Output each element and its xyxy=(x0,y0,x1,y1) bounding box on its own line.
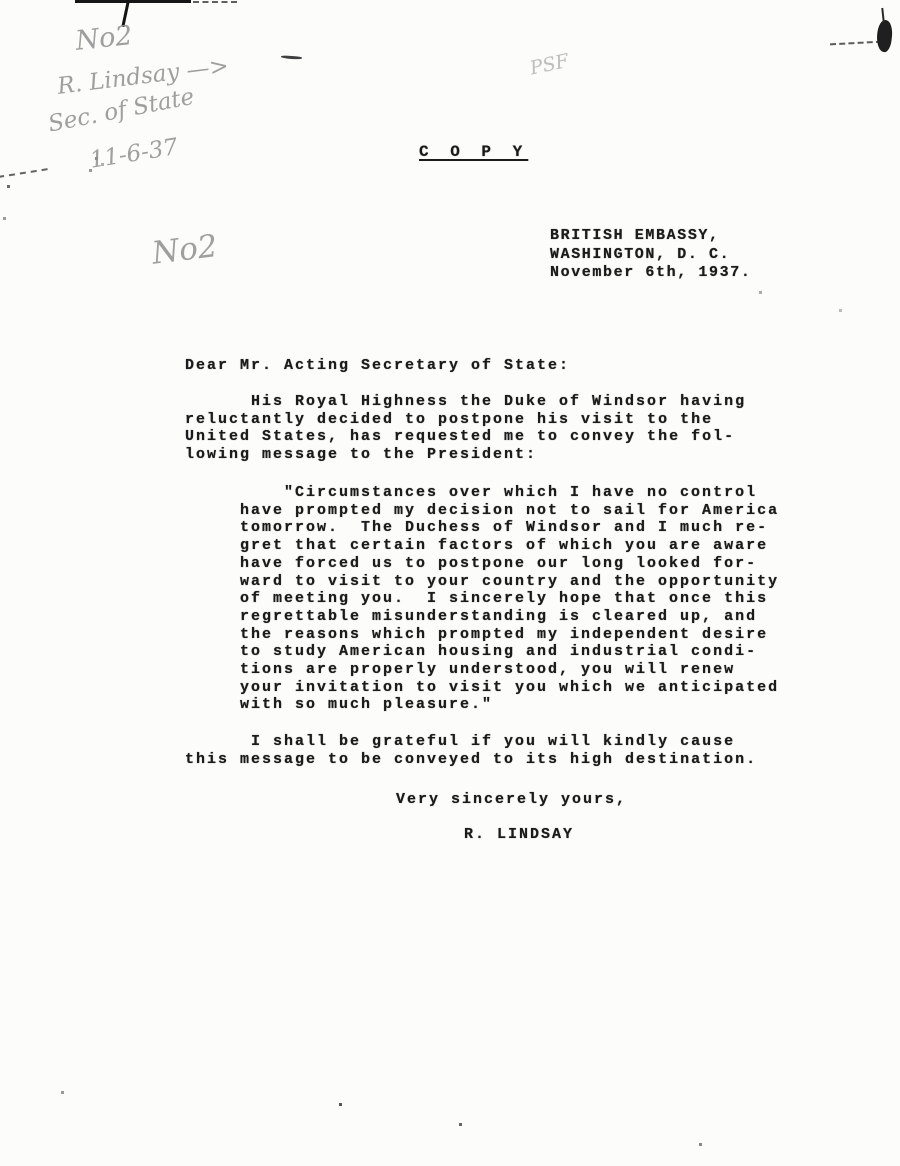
corner-scribble-tail xyxy=(881,8,884,22)
typed-signature: R. LINDSAY xyxy=(464,826,574,844)
pen-mark-top-dashes xyxy=(193,1,237,3)
annotation-file-number-2: No2 xyxy=(150,228,219,272)
quoted-message: "Circumstances over which I have no cont… xyxy=(240,484,779,714)
annotation-psf-note: PSF xyxy=(528,50,571,80)
corner-scribble-line xyxy=(830,41,882,46)
opening-paragraph: His Royal Highness the Duke of Windsor h… xyxy=(185,393,746,464)
corner-scribble-blob xyxy=(875,19,894,53)
edge-dash-left xyxy=(0,168,48,178)
pen-mark-top-line xyxy=(75,0,191,3)
copy-heading: C O P Y xyxy=(419,144,528,162)
sign-off: Very sincerely yours, xyxy=(396,791,627,809)
pencil-dash-mark xyxy=(281,55,302,59)
letterhead: BRITISH EMBASSY, WASHINGTON, D. C. Novem… xyxy=(550,227,751,283)
closing-paragraph: I shall be grateful if you will kindly c… xyxy=(185,733,757,768)
annotation-file-number: No2 xyxy=(74,20,134,57)
scanned-letter-page: No2 R. Lindsay —> Sec. of State 11-6-37 … xyxy=(0,0,900,1166)
scan-noise-speckles xyxy=(0,0,1,1)
annotation-date-note: 11-6-37 xyxy=(88,134,180,174)
salutation: Dear Mr. Acting Secretary of State: xyxy=(185,357,570,375)
